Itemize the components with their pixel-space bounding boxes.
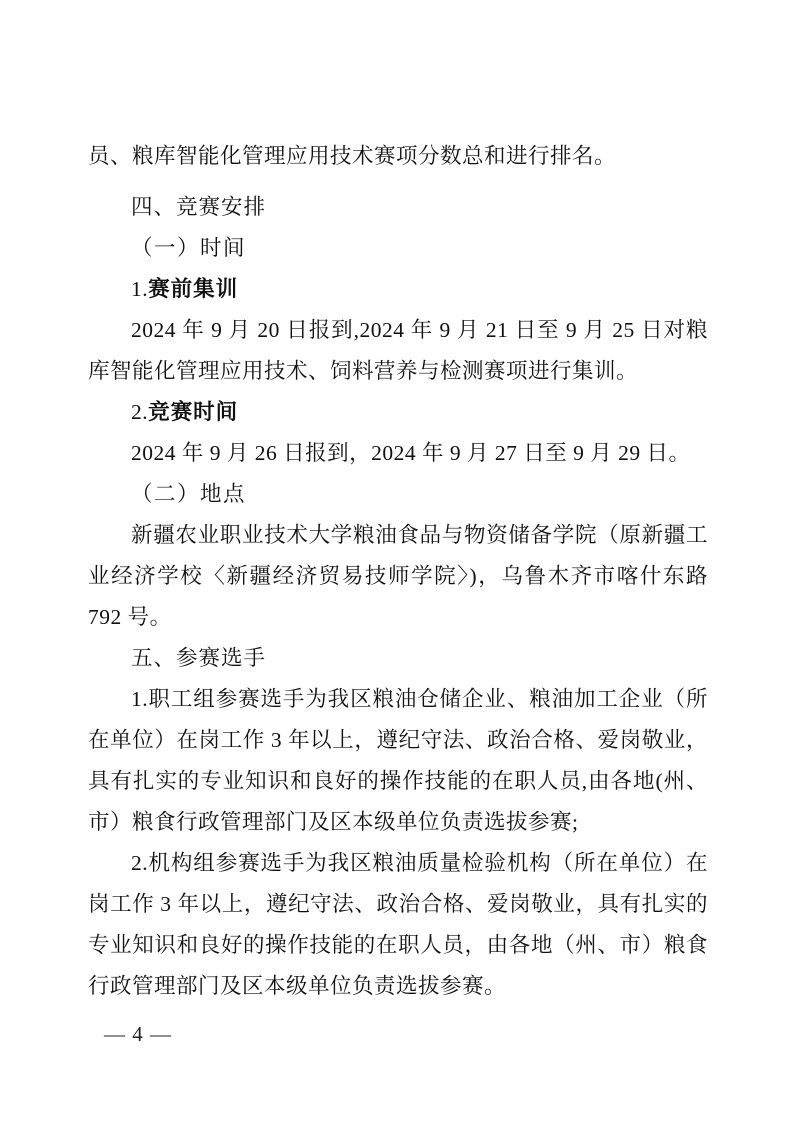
paragraph-continuation-ranking: 员、粮库智能化管理应用技术赛项分数总和进行排名。 [88,136,708,177]
heading-label: 竞赛时间 [148,400,238,424]
subsection-heading-location: （二）地点 [88,474,708,515]
numbered-heading-competition-time: 2.竞赛时间 [88,392,708,433]
page-footer: — 4 — [104,1023,172,1045]
paragraph-location-address: 新疆农业职业技术大学粮油食品与物资储备学院（原新疆工业经济学校〈新疆经济贸易技师… [88,515,708,638]
section-heading-participants: 五、参赛选手 [88,638,708,679]
subsection-heading-time: （一）时间 [88,228,708,269]
paragraph-competition-dates: 2024 年 9 月 26 日报到，2024 年 9 月 27 日至 9 月 2… [88,433,708,474]
paragraph-worker-group-participants: 1.职工组参赛选手为我区粮油仓储企业、粮油加工企业（所在单位）在岗工作 3 年以… [88,679,708,843]
document-content: 员、粮库智能化管理应用技术赛项分数总和进行排名。 四、竞赛安排 （一）时间 1.… [88,136,708,1007]
page-number: — 4 — [104,1022,172,1046]
section-heading-competition-arrangement: 四、竞赛安排 [88,187,708,228]
paragraph-training-dates: 2024 年 9 月 20 日报到,2024 年 9 月 21 日至 9 月 2… [88,310,708,392]
document-page: 员、粮库智能化管理应用技术赛项分数总和进行排名。 四、竞赛安排 （一）时间 1.… [0,0,793,1122]
heading-label: 赛前集训 [148,277,238,301]
heading-number: 1. [131,277,148,301]
heading-number: 2. [131,400,148,424]
paragraph-institution-group-participants: 2.机构组参赛选手为我区粮油质量检验机构（所在单位）在岗工作 3 年以上，遵纪守… [88,843,708,1007]
numbered-heading-pre-competition-training: 1.赛前集训 [88,269,708,310]
